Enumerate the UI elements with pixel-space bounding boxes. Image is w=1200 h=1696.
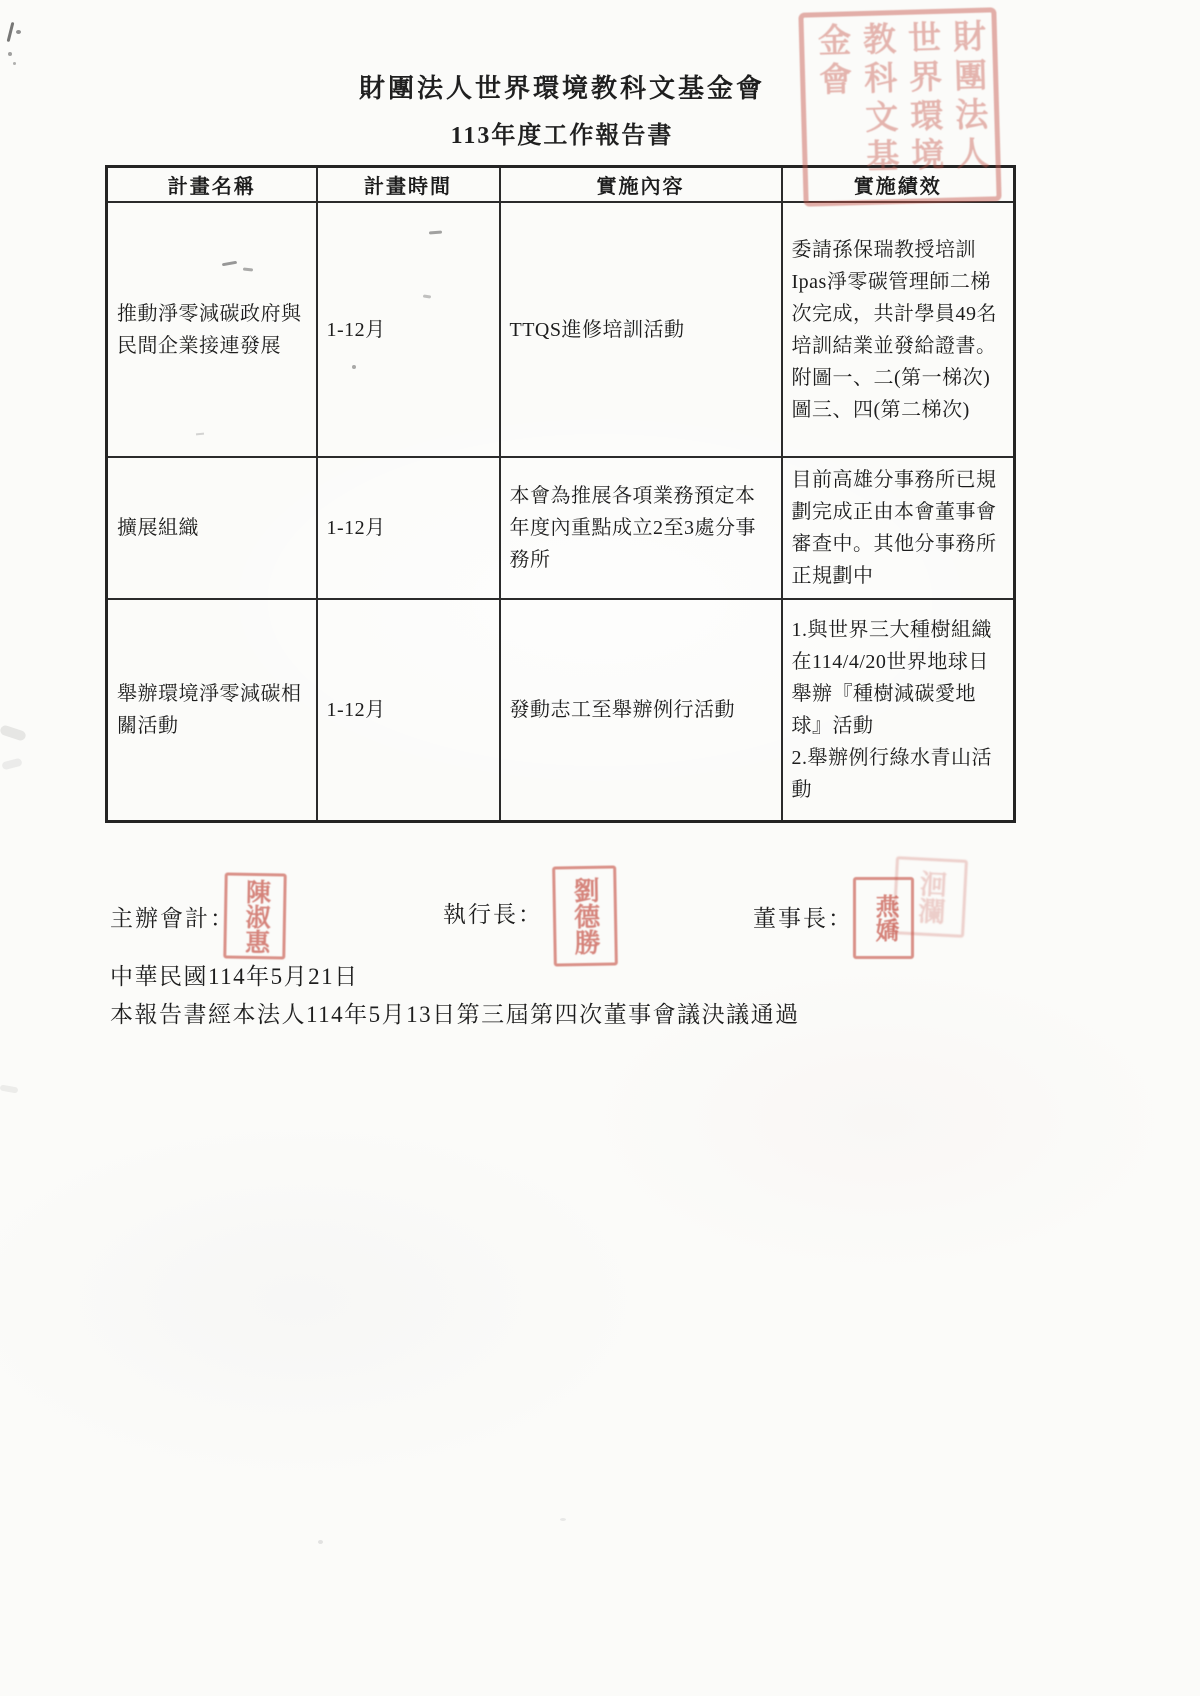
scan-artifact — [7, 22, 15, 42]
seal-text-column: 教科文基 — [859, 21, 897, 194]
accountant-name-stamp: 陳淑惠 — [223, 872, 286, 959]
scan-artifact — [16, 30, 21, 34]
document-date-line: 中華民國114年5月21日 — [110, 958, 359, 991]
accountant-stamp-text: 陳淑惠 — [241, 878, 269, 953]
foundation-seal-stamp: 財團法人 世界環境 教科文基 金會 — [798, 7, 1001, 206]
scanned-report-page: 財團法人世界環境教科文基金會 113年度工作報告書 財團法人 世界環境 教科文基… — [0, 0, 1200, 1696]
cell-content: 本會為推展各項業務預定本 年度內重點成立2至3處分事 務所 — [500, 457, 782, 599]
header-plan-name: 計畫名稱 — [107, 167, 317, 203]
chairman-stamp-text: 燕嬌 — [871, 894, 896, 942]
cell-content: TTQS進修培訓活動 — [500, 202, 782, 457]
header-implementation-content: 實施內容 — [500, 167, 782, 203]
board-approval-line: 本報告書經本法人114年5月13日第三屆第四次董事會議決議通過 — [110, 996, 800, 1029]
ceo-name-stamp: 劉德勝 — [552, 865, 618, 966]
header-plan-time: 計畫時間 — [317, 167, 500, 203]
cell-performance: 委請孫保瑞教授培訓 Ipas淨零碳管理師二梯 次完成，共計學員49名 培訓結業並… — [782, 202, 1015, 457]
cell-performance: 目前高雄分事務所已規 劃完成正由本會董事會 審查中。其他分事務所 正規劃中 — [782, 457, 1015, 599]
cell-content: 發動志工至舉辦例行活動 — [500, 599, 782, 821]
table-row: 推動淨零減碳政府與 民間企業接連發展 1-12月 TTQS進修培訓活動 委請孫保… — [107, 202, 1015, 457]
scan-artifact — [318, 1540, 323, 1544]
table-row: 擴展組織 1-12月 本會為推展各項業務預定本 年度內重點成立2至3處分事 務所… — [107, 457, 1015, 599]
seal-text-column: 世界環境 — [904, 20, 942, 193]
ceo-label: 執行長： — [443, 896, 543, 929]
scan-artifact — [0, 1084, 18, 1093]
work-report-table: 計畫名稱 計畫時間 實施內容 實施績效 推動淨零減碳政府與 民間企業接連發展 1… — [105, 165, 1016, 823]
chairman-ghost-stamp-text: 洄瀾 — [914, 869, 945, 924]
scan-artifact — [13, 62, 16, 65]
scan-artifact — [0, 724, 27, 742]
ceo-stamp-text: 劉德勝 — [571, 877, 600, 955]
chairman-name-stamp: 燕嬌 — [853, 877, 914, 959]
scan-artifact — [560, 1518, 566, 1521]
cell-plan-name: 推動淨零減碳政府與 民間企業接連發展 — [107, 202, 317, 457]
table-row: 舉辦環境淨零減碳相 關活動 1-12月 發動志工至舉辦例行活動 1.與世界三大種… — [107, 599, 1015, 821]
accountant-label: 主辦會計： — [110, 900, 235, 933]
cell-plan-name: 舉辦環境淨零減碳相 關活動 — [107, 599, 317, 821]
cell-plan-time: 1-12月 — [317, 457, 500, 599]
seal-text-column: 金會 — [814, 22, 852, 195]
chairman-label: 董事長： — [753, 900, 853, 933]
scan-artifact — [1, 758, 22, 771]
cell-plan-name: 擴展組織 — [107, 457, 317, 599]
scan-artifact — [8, 52, 12, 56]
cell-plan-time: 1-12月 — [317, 599, 500, 821]
cell-plan-time: 1-12月 — [317, 202, 500, 457]
cell-performance: 1.與世界三大種樹組織 在114/4/20世界地球日 舉辦『種樹減碳愛地 球』活… — [782, 599, 1015, 821]
seal-text-column: 財團法人 — [949, 19, 987, 192]
